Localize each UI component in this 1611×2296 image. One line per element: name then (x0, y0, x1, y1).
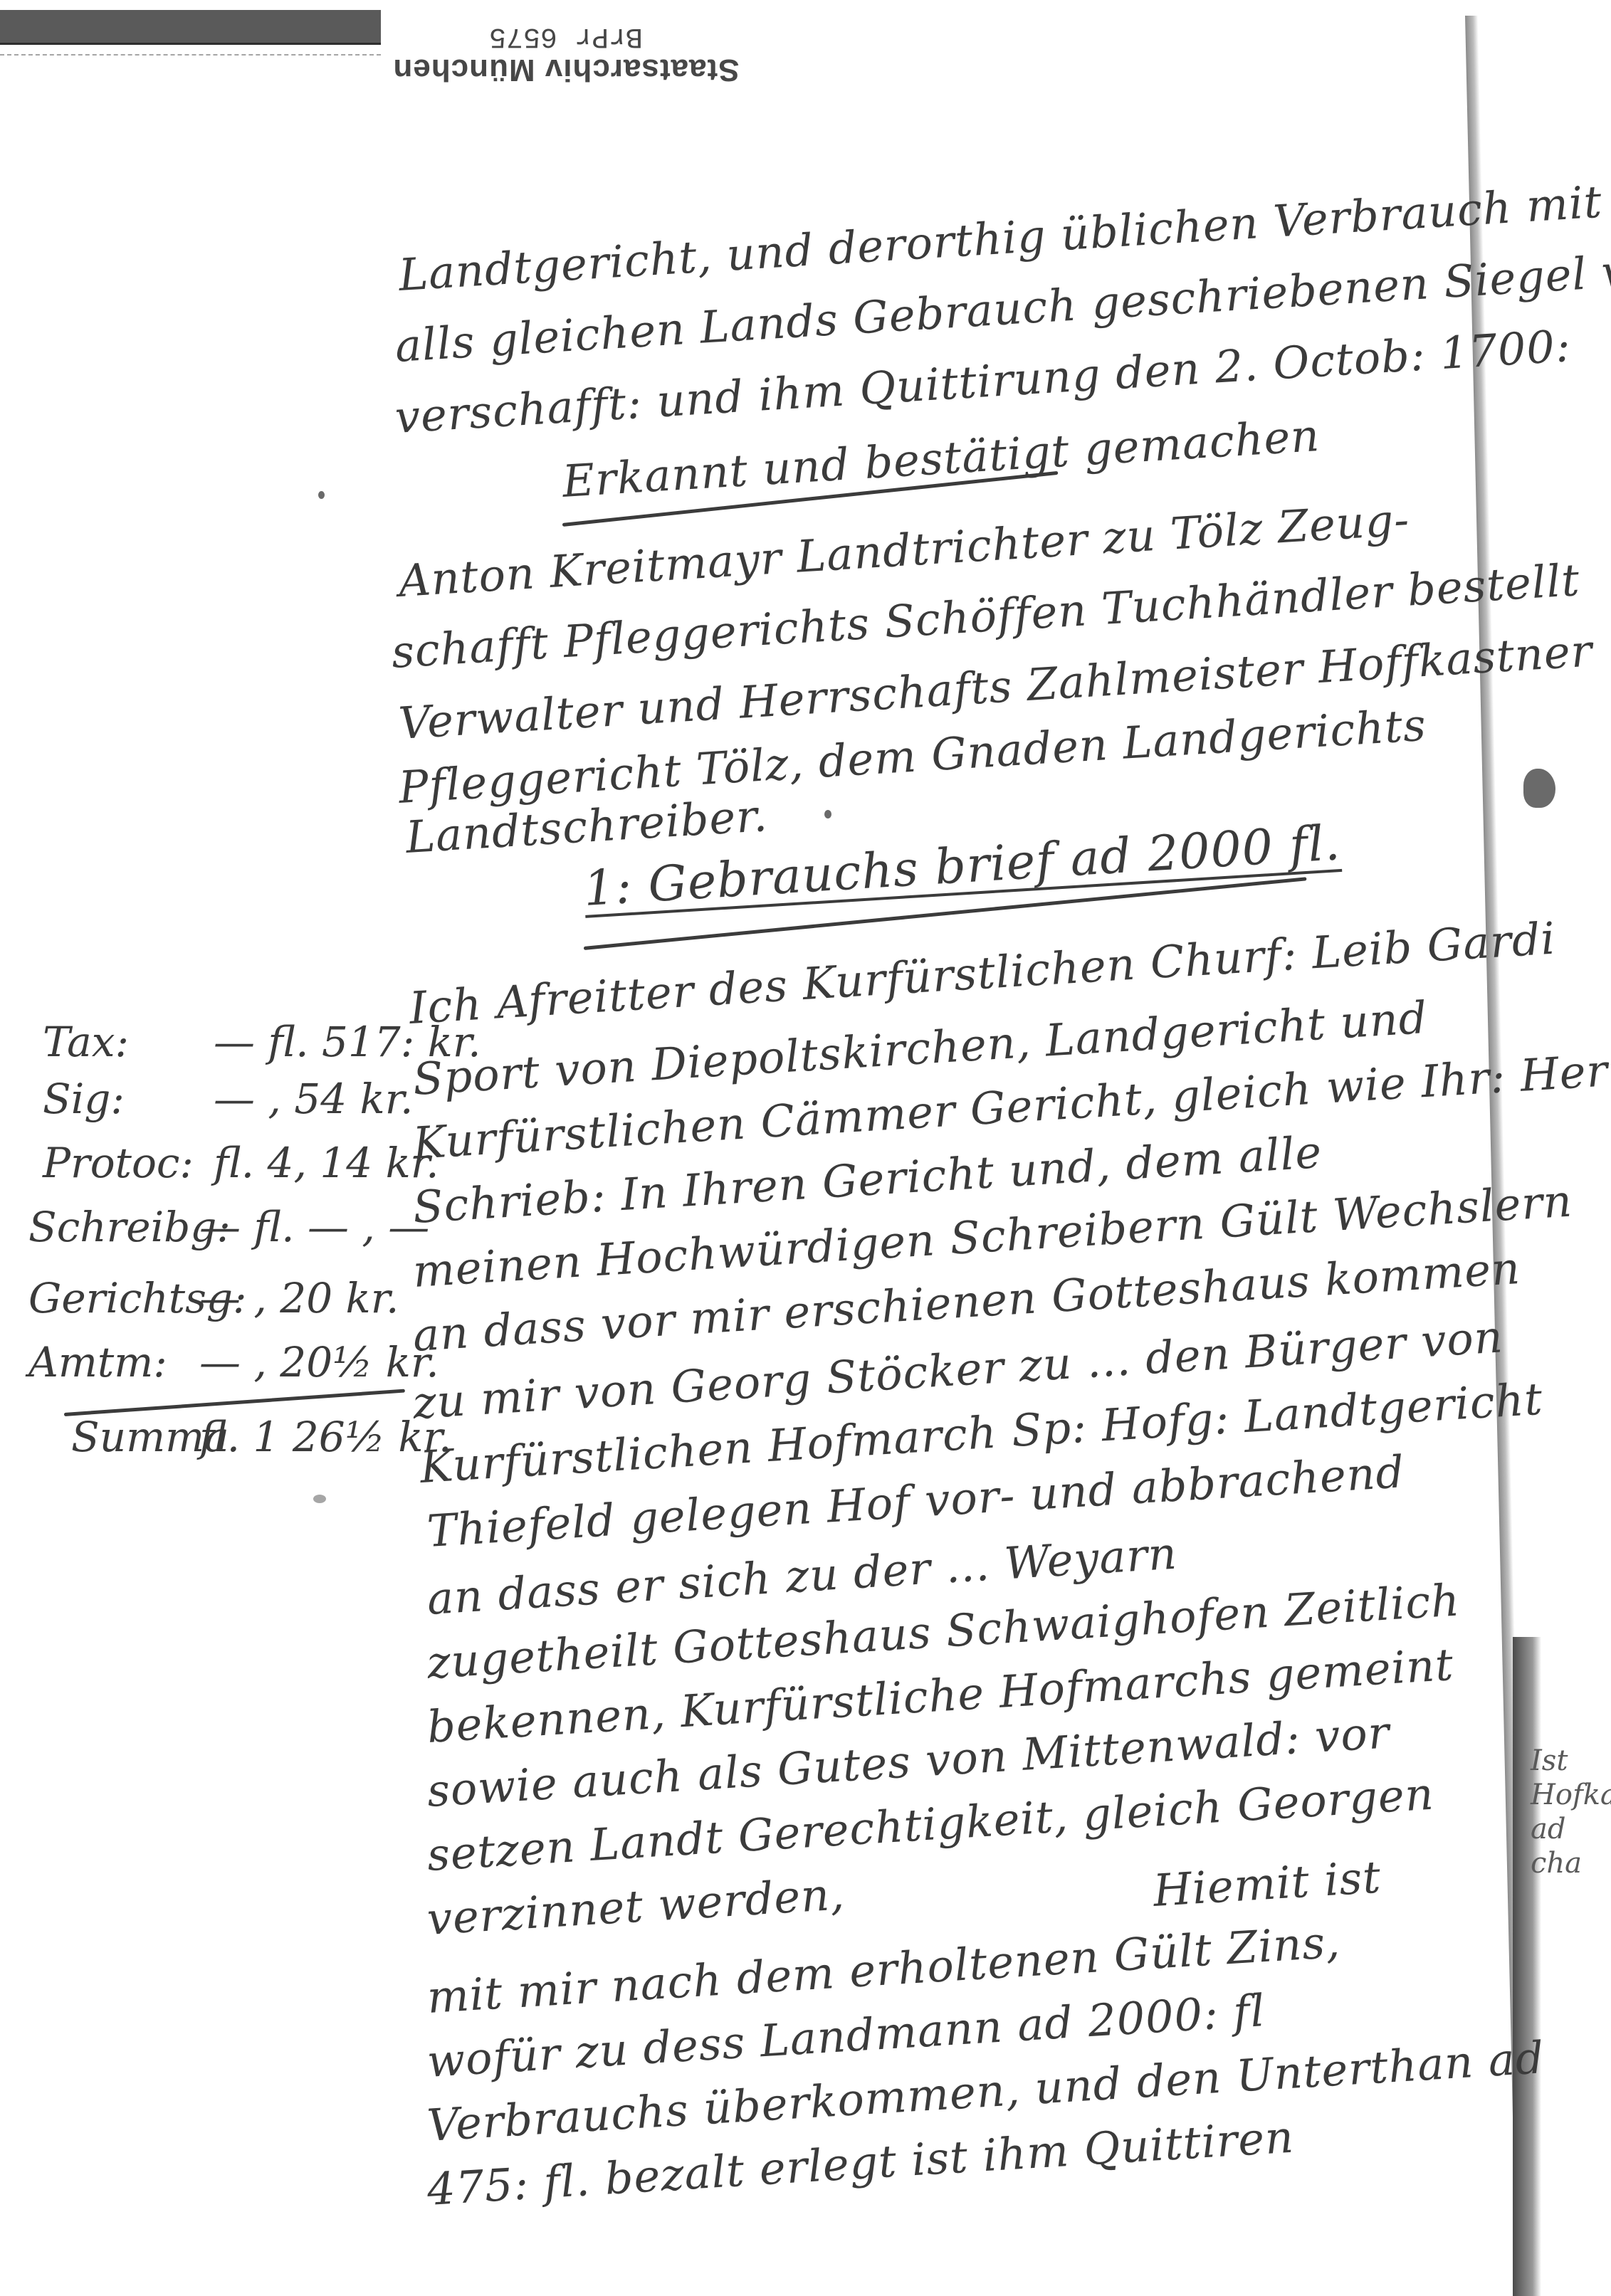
ledger-amount: fl. 4, 14 kr. (214, 1139, 439, 1187)
adjacent-page-bleed-through: Ist Hofkastn: ad cha (1531, 1744, 1602, 1880)
ink-speck (313, 1495, 326, 1503)
ledger-row: Protoc:fl. 4, 14 kr. (43, 1139, 439, 1187)
scan-border-top (0, 10, 381, 45)
ledger-label: Amtm: (28, 1338, 171, 1386)
marginal-insert: Hiemit ist (1152, 1851, 1382, 1917)
ink-speck (318, 491, 325, 499)
ledger-row: Amtm:— , 20½ kr. (28, 1338, 439, 1386)
ledger-amount: — fl. — , — (199, 1203, 429, 1251)
archive-institution: Staatsarchiv München (384, 51, 747, 88)
ledger-amount: — fl. 517: kr. (214, 1018, 481, 1066)
ink-blot (1523, 769, 1555, 808)
ink-speck (824, 810, 831, 818)
ledger-label: Tax: (43, 1018, 185, 1066)
ledger-row: Sig:— , 54 kr. (43, 1075, 413, 1123)
ledger-row: Schreibg:— fl. — , — (28, 1203, 429, 1251)
ledger-label: Gerichtsg: (28, 1274, 171, 1322)
ledger-label: Sig: (43, 1075, 185, 1123)
ledger-total-amount: fl. 1 26½ kr. (199, 1413, 451, 1461)
text-line: verzinnet werden, (426, 1868, 846, 1945)
ledger-amount: — , 54 kr. (214, 1075, 413, 1123)
ledger-row: Tax:— fl. 517: kr. (43, 1018, 481, 1066)
ledger-label: Protoc: (43, 1139, 185, 1187)
ledger-amount: — , 20½ kr. (199, 1338, 439, 1386)
archive-signature: BrPr 6575 (384, 20, 747, 51)
ledger-amount: — , 20 kr. (199, 1274, 399, 1322)
ledger-label: Schreibg: (28, 1203, 171, 1251)
ledger-total-row: Summafl. 1 26½ kr. (71, 1413, 451, 1461)
archive-stamp: Staatsarchiv München BrPr 6575 (384, 20, 747, 88)
ledger-total-label: Summa (71, 1413, 171, 1461)
ledger-row: Gerichtsg:— , 20 kr. (28, 1274, 399, 1322)
page-gutter-shadow (1513, 1637, 1541, 2296)
